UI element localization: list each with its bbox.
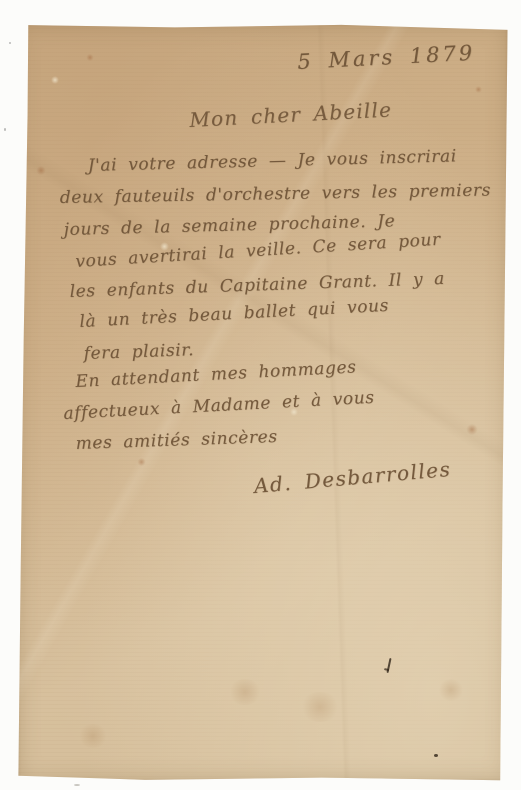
letter-line: affectueux à Madame et à vous xyxy=(63,388,375,424)
pencil-mark xyxy=(74,784,80,786)
ink-mark xyxy=(434,754,438,757)
letter-line: là un très beau ballet qui vous xyxy=(79,296,389,332)
scanned-letter-photo: 5 Mars 1879 Mon cher Abeille J'ai votre … xyxy=(0,0,521,790)
letter-line: fera plaisir. xyxy=(83,340,194,364)
letter-line: mes amitiés sincères xyxy=(75,427,278,454)
letter-line: J'ai votre adresse — Je vous inscrirai xyxy=(87,146,457,176)
letter-paper: 5 Mars 1879 Mon cher Abeille J'ai votre … xyxy=(18,24,508,781)
letter-line: deux fauteuils d'orchestre vers les prem… xyxy=(60,180,491,208)
scanner-speck xyxy=(4,128,6,131)
scanner-speck xyxy=(9,42,11,44)
letter-line: les enfants du Capitaine Grant. Il y a xyxy=(69,269,445,302)
letter-body: J'ai votre adresse — Je vous inscrirai d… xyxy=(18,24,508,781)
